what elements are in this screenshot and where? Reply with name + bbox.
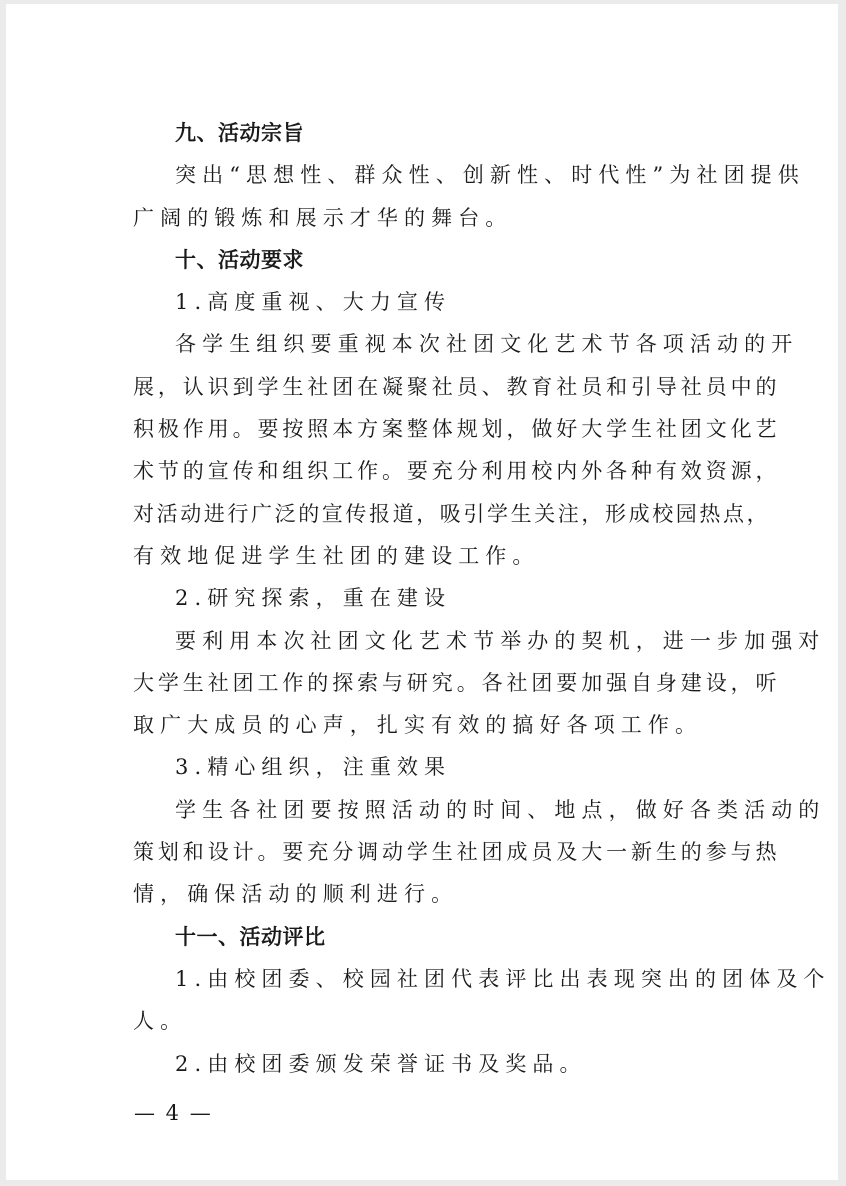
document-body: 九、活动宗旨 突出“思想性、群众性、创新性、时代性”为社团提供 广阔的锻炼和展示… — [133, 112, 727, 1085]
paragraph-line: 各学生组织要重视本次社团文化艺术节各项活动的开 — [133, 323, 727, 365]
section-heading-11: 十一、活动评比 — [133, 916, 727, 958]
paragraph-line: 积极作用。要按照本方案整体规划，做好大学生社团文化艺 — [133, 408, 727, 450]
paragraph-line: 2.由校团委颁发荣誉证书及奖品。 — [133, 1043, 727, 1085]
paragraph-line: 1.由校团委、校园社团代表评比出表现突出的团体及个 — [133, 958, 727, 1000]
paragraph-line: 对活动进行广泛的宣传报道，吸引学生关注，形成校园热点， — [133, 493, 727, 535]
section-heading-9: 九、活动宗旨 — [133, 112, 727, 154]
paragraph-line: 大学生社团工作的探索与研究。各社团要加强自身建设，听 — [133, 662, 727, 704]
subsection-title-1: 1.高度重视、大力宣传 — [133, 281, 727, 323]
subsection-title-3: 3.精心组织，注重效果 — [133, 746, 727, 788]
subsection-title-2: 2.研究探索，重在建设 — [133, 577, 727, 619]
paragraph-line: 情，确保活动的顺利进行。 — [133, 873, 727, 915]
paragraph-line: 学生各社团要按照活动的时间、地点，做好各类活动的 — [133, 789, 727, 831]
paragraph-line: 人。 — [133, 1000, 727, 1042]
paragraph-line: 策划和设计。要充分调动学生社团成员及大一新生的参与热 — [133, 831, 727, 873]
paragraph-line: 有效地促进学生社团的建设工作。 — [133, 535, 727, 577]
paragraph-line: 要利用本次社团文化艺术节举办的契机，进一步加强对 — [133, 620, 727, 662]
paragraph-line: 取广大成员的心声，扎实有效的搞好各项工作。 — [133, 704, 727, 746]
section-heading-10: 十、活动要求 — [133, 239, 727, 281]
paragraph-line: 展，认识到学生社团在凝聚社员、教育社员和引导社员中的 — [133, 366, 727, 408]
paragraph-line: 突出“思想性、群众性、创新性、时代性”为社团提供 — [133, 154, 727, 196]
paragraph-line: 术节的宣传和组织工作。要充分利用校内外各种有效资源， — [133, 450, 727, 492]
paragraph-line: 广阔的锻炼和展示才华的舞台。 — [133, 197, 727, 239]
page-number: — 4 — — [134, 1101, 213, 1125]
document-page: 九、活动宗旨 突出“思想性、群众性、创新性、时代性”为社团提供 广阔的锻炼和展示… — [6, 4, 838, 1180]
